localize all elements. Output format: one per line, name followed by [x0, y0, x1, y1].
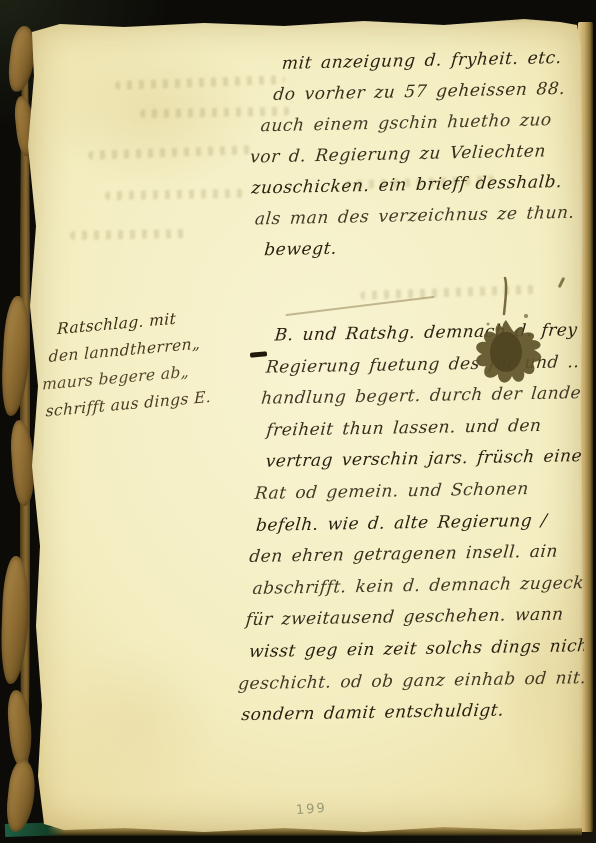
page-number: 199: [296, 801, 328, 818]
paper-stain: [60, 640, 220, 800]
handwriting-line: für zweitausend geschehen. wann: [244, 600, 583, 638]
scratch-mark: [285, 296, 434, 316]
pen-tick-mark: [558, 277, 566, 288]
handwriting-line: freiheit thun lassen. und den: [265, 410, 596, 447]
binding-frayed-edge: [4, 759, 37, 833]
ink-blot: [468, 270, 548, 395]
manuscript-photo: mit anzeigung d. fryheit. etc. do vorher…: [0, 0, 596, 843]
handwriting-line: geschicht. od ob ganz einhab od nit.: [237, 663, 578, 701]
photo-background: mit anzeigung d. fryheit. etc. do vorher…: [0, 0, 596, 843]
binding-frayed-edge: [6, 689, 35, 767]
top-text-block: mit anzeigung d. fryheit. etc. do vorher…: [239, 42, 596, 267]
handwriting-line: Rat od gemein. und Schonen: [253, 473, 594, 511]
manuscript-page: mit anzeigung d. fryheit. etc. do vorher…: [24, 16, 586, 836]
bleedthrough-smudge: [70, 229, 190, 240]
bleedthrough-smudge: [105, 189, 245, 200]
margin-note-block: Ratschlag. mit den lanndtherren„ maurs b…: [41, 298, 260, 426]
handwriting-line: sondern damit entschuldigt.: [240, 694, 575, 731]
